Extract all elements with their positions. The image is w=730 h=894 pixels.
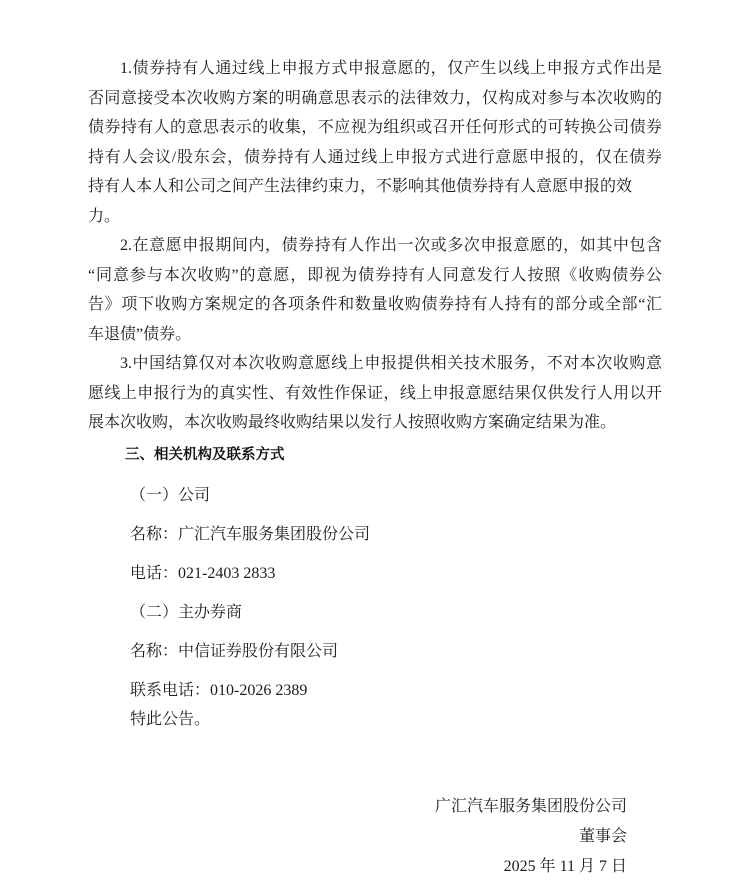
closing-statement: 特此公告。 — [130, 710, 730, 730]
contact-list: （一）公司名称：广汇汽车服务集团股份公司电话：021-2403 2833（二）主… — [0, 486, 730, 701]
signature-date: 2025 年 11 月 7 日 — [0, 852, 627, 882]
paragraph-line: 3.中国结算仅对本次收购意愿线上申报提供相关技术服务，不对本次收购意 — [88, 349, 662, 379]
paragraph-line: 1.债券持有人通过线上申报方式申报意愿的，仅产生以线上申报方式作出是 — [88, 54, 662, 84]
contact-subheading: （一）公司 — [130, 486, 730, 506]
paragraph-line: 车退债”债券。 — [88, 320, 662, 350]
paragraph-line: 持有人本人和公司之间产生法律约束力，不影响其他债券持有人意愿申报的效力。 — [88, 172, 662, 231]
paragraph-line: 愿线上申报行为的真实性、有效性作保证，线上申报意愿结果仅供发行人用以开 — [88, 379, 662, 409]
signature-signer: 董事会 — [0, 822, 627, 852]
document-content: 1.债券持有人通过线上申报方式申报意愿的，仅产生以线上申报方式作出是否同意接受本… — [0, 0, 730, 882]
paragraph-line: 告》项下收购方案规定的各项条件和数量收购债券持有人持有的部分或全部“汇 — [88, 290, 662, 320]
paragraph-line: 否同意接受本次收购方案的明确意思表示的法律效力，仅构成对参与本次收购的 — [88, 84, 662, 114]
contact-field: 电话：021-2403 2833 — [130, 564, 730, 584]
paragraph-line: 展本次收购，本次收购最终收购结果以发行人按照收购方案确定结果为准。 — [88, 408, 662, 438]
document-page: 1.债券持有人通过线上申报方式申报意愿的，仅产生以线上申报方式作出是否同意接受本… — [0, 0, 730, 894]
paragraph: 1.债券持有人通过线上申报方式申报意愿的，仅产生以线上申报方式作出是否同意接受本… — [88, 54, 662, 231]
section-heading: 三、相关机构及联系方式 — [125, 445, 730, 465]
contact-subheading: （二）主办券商 — [130, 603, 730, 623]
paragraph-line: 持有人会议/股东会，债券持有人通过线上申报方式进行意愿申报的，仅在债券 — [88, 143, 662, 173]
paragraph: 3.中国结算仅对本次收购意愿线上申报提供相关技术服务，不对本次收购意愿线上申报行… — [88, 349, 662, 438]
signature-company: 广汇汽车服务集团股份公司 — [0, 792, 627, 822]
contact-field: 联系电话：010-2026 2389 — [130, 681, 730, 701]
contact-field: 名称：中信证券股份有限公司 — [130, 642, 730, 662]
paragraph-line: 债券持有人的意思表示的收集，不应视为组织或召开任何形式的可转换公司债券 — [88, 113, 662, 143]
paragraph: 2.在意愿申报期间内，债券持有人作出一次或多次申报意愿的，如其中包含“同意参与本… — [88, 231, 662, 349]
body-paragraphs: 1.债券持有人通过线上申报方式申报意愿的，仅产生以线上申报方式作出是否同意接受本… — [0, 54, 730, 438]
paragraph-line: “同意参与本次收购”的意愿，即视为债券持有人同意发行人按照《收购债券公 — [88, 261, 662, 291]
paragraph-line: 2.在意愿申报期间内，债券持有人作出一次或多次申报意愿的，如其中包含 — [88, 231, 662, 261]
signature-block: 广汇汽车服务集团股份公司 董事会 2025 年 11 月 7 日 — [0, 792, 730, 882]
contact-field: 名称：广汇汽车服务集团股份公司 — [130, 525, 730, 545]
